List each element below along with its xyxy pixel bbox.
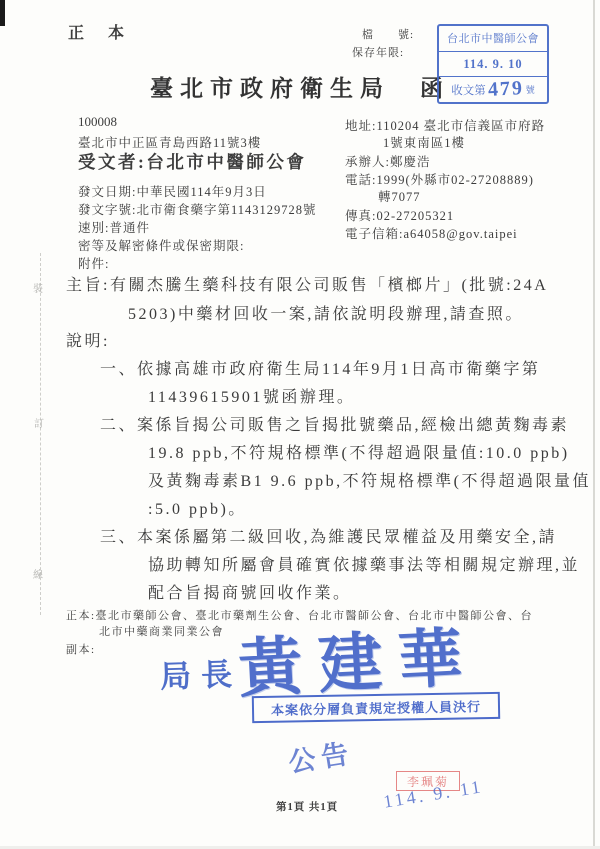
issue-date: 發文日期:中華民國114年9月3日	[78, 182, 267, 200]
explanation-item3-line1: 三、本案係屬第二級回收,為維護民眾權益及用藥安全,請	[100, 524, 557, 547]
attachment-label: 附件:	[78, 254, 109, 272]
scanned-official-letter: 正 本 檔 號: 保存年限: 臺北市政府衛生局 函 台北市中醫師公會 114. …	[0, 0, 600, 849]
receipt-stamp-org: 台北市中醫師公會	[439, 26, 547, 52]
contact-email: 電子信箱:a64058@gov.taipei	[345, 224, 518, 242]
receipt-number-prefix: 收文第	[451, 82, 486, 98]
sender-address-line1: 地址:110204 臺北市信義區市府路	[345, 116, 545, 134]
contact-phone: 電話:1999(外縣市02-27208889)	[345, 170, 534, 188]
sender-address-line2: 1號東南區1樓	[383, 133, 465, 151]
contact-person: 承辦人:鄭慶浩	[345, 152, 430, 170]
receipt-stamp-number: 收文第 479 號	[439, 77, 547, 102]
explanation-item2-line1: 二、案係旨揭公司販售之旨揭批號藥品,經檢出總黃麴毒素	[100, 412, 569, 435]
distribution-copy-label: 副本:	[66, 641, 96, 657]
explanation-heading: 說明:	[66, 328, 110, 351]
explanation-item2-line4: :5.0 ppb)。	[148, 496, 247, 519]
recipient-zip: 100008	[78, 114, 117, 130]
contact-fax: 傳真:02-27205321	[345, 206, 454, 224]
authorization-stamp: 本案依分層負責規定授權人員決行	[252, 692, 500, 723]
explanation-item3-line3: 配合旨揭商號回收作業。	[148, 580, 352, 603]
binding-mark: 裝	[33, 280, 43, 295]
copy-type-label: 正 本	[68, 20, 128, 43]
explanation-item2-line3: 及黃麴毒素B1 9.6 ppb,不符規格標準(不得超過限量值	[148, 468, 591, 491]
handwritten-note: 公告	[285, 731, 356, 780]
explanation-item1-line2: 11439615901號函辦理。	[148, 384, 355, 407]
issue-number: 發文字號:北市衛食藥字第1143129728號	[78, 200, 317, 218]
recipient-line: 受文者:台北市中醫師公會	[78, 149, 306, 174]
distribution-original-line2: 北市中藥商業同業公會	[99, 623, 224, 639]
receipt-number-suffix: 號	[526, 83, 535, 96]
scan-edge-artifact	[0, 0, 5, 26]
delivery-speed: 速別:普通件	[78, 218, 150, 236]
confidentiality: 密等及解密條件或保密期限:	[78, 236, 244, 254]
receipt-number-value: 479	[487, 77, 524, 102]
subject-line-2: 5203)中藥材回收一案,請依說明段辦理,請查照。	[128, 301, 524, 324]
scan-edge-artifact	[593, 0, 595, 849]
page-number: 第1頁 共1頁	[276, 799, 338, 814]
binding-mark: 線	[33, 566, 43, 581]
retention-period-label: 保存年限:	[352, 44, 404, 60]
signer-title: 局長	[159, 649, 243, 697]
explanation-item3-line2: 協助轉知所屬會員確實依據藥事法等相關規定辦理,並	[148, 552, 580, 575]
binding-dotted-line	[40, 253, 41, 615]
receipt-stamp: 台北市中醫師公會 114. 9. 10 收文第 479 號	[437, 24, 549, 104]
contact-phone-ext: 轉7077	[378, 187, 421, 205]
explanation-item1-line1: 一、依據高雄市政府衛生局114年9月1日高市衛藥字第	[100, 356, 540, 379]
receipt-stamp-date: 114. 9. 10	[439, 52, 547, 78]
binding-mark: 訂	[34, 415, 44, 430]
file-number-label: 檔 號:	[362, 26, 414, 42]
explanation-item2-line2: 19.8 ppb,不符規格標準(不得超過限量值:10.0 ppb)	[148, 440, 570, 463]
subject-line-1: 主旨:有關杰騰生藥科技有限公司販售「檳榔片」(批號:24A	[66, 272, 548, 295]
